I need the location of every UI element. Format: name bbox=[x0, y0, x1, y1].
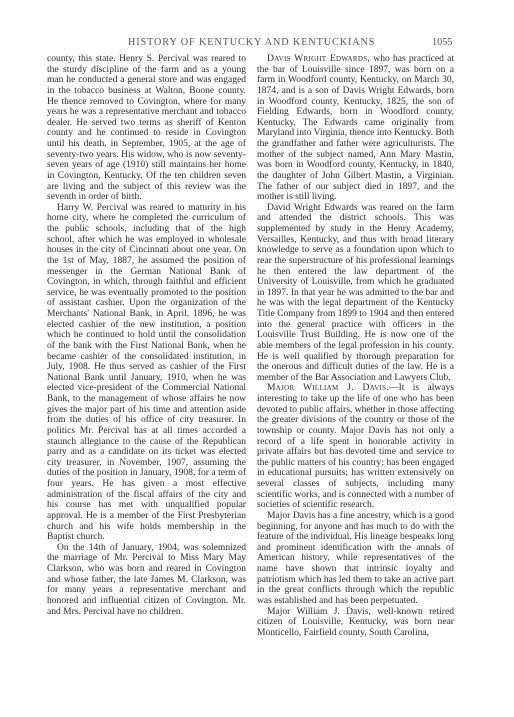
biography-heading-davis: Major William J. Davis. bbox=[267, 382, 389, 393]
paragraph-percival-marriage: On the 14th of January, 1904, was solemn… bbox=[47, 543, 246, 617]
paragraph-percival-parentage: county, this state. Henry S. Percival wa… bbox=[47, 54, 246, 203]
page-number: 1055 bbox=[432, 37, 452, 48]
right-column: Davis Wright Edwards, who has practiced … bbox=[257, 54, 454, 638]
biography-heading-edwards: Davis Wright Edwards, bbox=[267, 53, 370, 64]
paragraph-percival-career: Harry W. Percival was reared to maturity… bbox=[47, 203, 246, 543]
paragraph-davis-birth: Major William J. Davis, well-known retir… bbox=[257, 607, 454, 639]
running-title: HISTORY OF KENTUCKY AND KENTUCKIANS bbox=[128, 37, 375, 48]
paragraph-edwards-career: David Wright Edwards was reared on the f… bbox=[257, 203, 454, 384]
paragraph-davis-ancestry: Major Davis has a fine ancestry, which i… bbox=[257, 511, 454, 607]
paragraph-davis-intro: Major William J. Davis.—It is always int… bbox=[257, 383, 454, 511]
paragraph-edwards-intro: Davis Wright Edwards, who has practiced … bbox=[257, 54, 454, 203]
left-column: county, this state. Henry S. Percival wa… bbox=[47, 54, 246, 617]
page-header: HISTORY OF KENTUCKY AND KENTUCKIANS 1055 bbox=[0, 37, 514, 51]
